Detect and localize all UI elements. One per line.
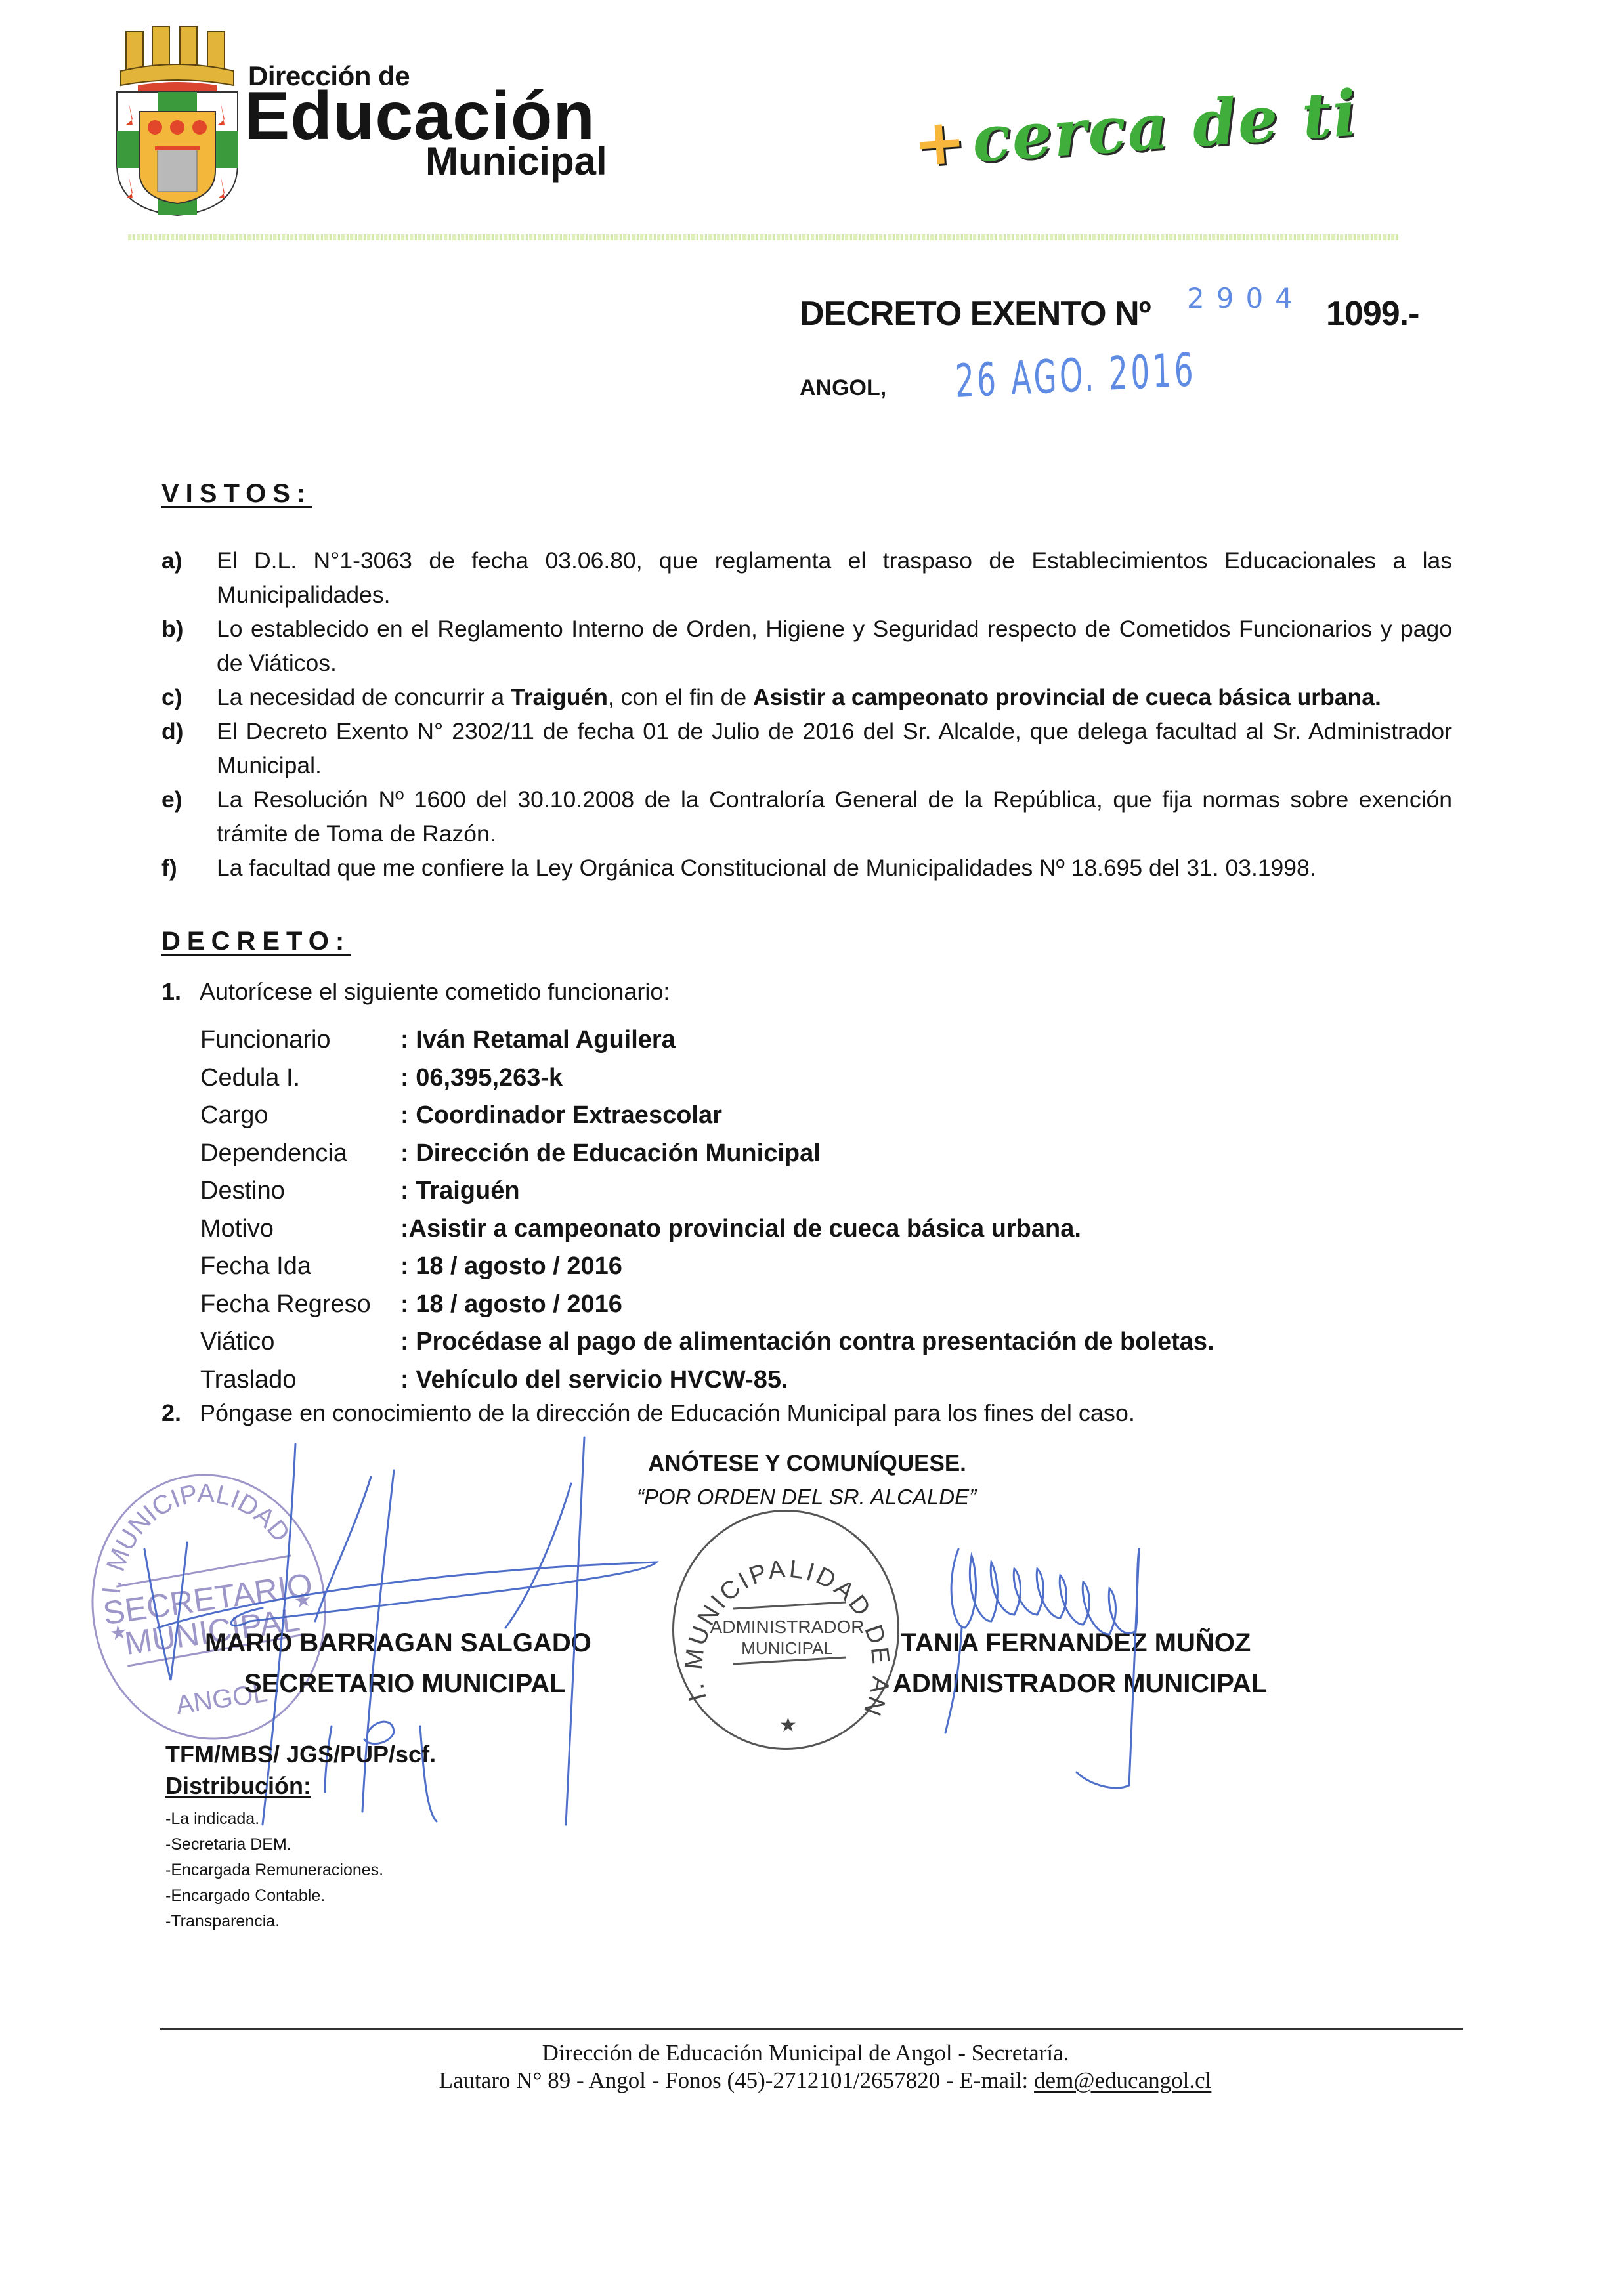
decree-title: DECRETO EXENTO Nº [800,294,1151,333]
decree-number-text: 1099.- [1326,295,1419,333]
secretary-seal: I. MUNICIPALIDAD SECRETARIO MUNICIPAL AN… [74,1458,343,1755]
clause-text: La necesidad de concurrir a Traiguén, co… [217,680,1452,714]
signatory-secretary: MARIO BARRAGAN SALGADO SECRETARIO MUNICI… [205,1623,591,1704]
footer-office: Dirección de Educación Municipal de Ango… [0,2040,1611,2066]
clause-text: El Decreto Exento N° 2302/11 de fecha 01… [217,714,1452,782]
clause-e: e) La Resolución Nº 1600 del 30.10.2008 … [161,782,1452,851]
field-value: : Iván Retamal Aguilera [400,1021,676,1059]
distribution-list: -La indicada. -Secretaria DEM. -Encargad… [165,1806,383,1934]
field-key: Motivo [200,1210,400,1248]
clause-label: c) [161,680,217,714]
commission-details: Funcionario: Iván Retamal Aguilera Cedul… [200,1021,1214,1399]
clause-b: b) Lo establecido en el Reglamento Inter… [161,612,1452,680]
clause-text: El D.L. N°1-3063 de fecha 03.06.80, que … [217,543,1452,612]
stamped-number: 2904 [1187,282,1304,314]
clause-f: f) La facultad que me confiere la Ley Or… [161,851,1452,885]
clause-text: La facultad que me confiere la Ley Orgán… [217,851,1452,885]
plus-icon: + [911,104,970,181]
field-value: : Vehículo del servicio HVCW-85. [400,1361,788,1399]
vistos-list: a) El D.L. N°1-3063 de fecha 03.06.80, q… [161,543,1452,885]
field-value: : Traiguén [400,1172,520,1210]
seal-icon: I. MUNICIPALIDAD SECRETARIO MUNICIPAL AN… [77,1461,341,1753]
distribution-heading: Distribución: [165,1772,311,1800]
field-funcionario: Funcionario: Iván Retamal Aguilera [200,1021,1214,1059]
field-key: Viático [200,1323,400,1361]
field-fecha-regreso: Fecha Regreso: 18 / agosto / 2016 [200,1286,1214,1324]
field-dependencia: Dependencia: Dirección de Educación Muni… [200,1135,1214,1173]
email-link[interactable]: dem@educangol.cl [1034,2068,1211,2093]
clause-label: b) [161,612,217,680]
clause-text: La Resolución Nº 1600 del 30.10.2008 de … [217,782,1452,851]
closing-formula: ANÓTESE Y COMUNÍQUESE. [648,1451,966,1477]
signatory-administrator: TANIA FERNANDEZ MUÑOZ ADMINISTRADOR MUNI… [893,1623,1267,1704]
by-order-of-mayor: “POR ORDEN DEL SR. ALCALDE” [637,1485,976,1510]
signatory-role: SECRETARIO MUNICIPAL [205,1663,591,1704]
item-text: Autorícese el siguiente cometido funcion… [200,978,670,1005]
clause-c: c) La necesidad de concurrir a Traiguén,… [161,680,1452,714]
item-number: 2. [161,1399,200,1427]
svg-text:★: ★ [293,1588,313,1612]
field-value: : 06,395,263-k [400,1059,563,1097]
distribution-item: -Secretaria DEM. [165,1832,383,1858]
decree-number: 1099.- [1326,294,1419,333]
signatory-role: ADMINISTRADOR MUNICIPAL [893,1663,1267,1704]
field-motivo: Motivo:Asistir a campeonato provincial d… [200,1210,1214,1248]
purpose-highlight: Asistir a campeonato provincial de cueca… [753,684,1381,710]
field-viatico: Viático: Procédase al pago de alimentaci… [200,1323,1214,1361]
destination-highlight: Traiguén [511,684,608,710]
clause-a: a) El D.L. N°1-3063 de fecha 03.06.80, q… [161,543,1452,612]
field-key: Traslado [200,1361,400,1399]
signatory-name: TANIA FERNANDEZ MUÑOZ [893,1623,1267,1663]
field-value: : 18 / agosto / 2016 [400,1286,622,1324]
decree-item-1: 1.Autorícese el siguiente cometido funci… [161,978,670,1006]
field-key: Fecha Ida [200,1248,400,1286]
clause-text-part: La necesidad de concurrir a [217,684,511,710]
decree-item-2: 2.Póngase en conocimiento de la direcció… [161,1399,1135,1427]
decreto-heading: DECRETO: [161,927,351,956]
place: ANGOL, [800,375,886,401]
footer-address: Lautaro N° 89 - Angol - Fonos (45)-27121… [439,2068,1034,2093]
distribution-item: -Encargado Contable. [165,1883,383,1909]
coat-of-arms-icon [112,20,243,217]
field-value: :Asistir a campeonato provincial de cuec… [400,1210,1081,1248]
field-value: : Coordinador Extraescolar [400,1097,722,1135]
field-fecha-ida: Fecha Ida: 18 / agosto / 2016 [200,1248,1214,1286]
field-key: Fecha Regreso [200,1286,400,1324]
field-key: Cedula I. [200,1059,400,1097]
distribution-item: -Encargada Remuneraciones. [165,1858,383,1883]
seal-icon: I. MUNICIPALIDAD DE ANGOL ADMINISTRADOR … [674,1512,897,1748]
stamped-date: 26 AGO. 2016 [955,343,1197,408]
field-destino: Destino: Traiguén [200,1172,1214,1210]
field-value: : Procédase al pago de alimentación cont… [400,1323,1214,1361]
clause-label: f) [161,851,217,885]
footer-contact: Lautaro N° 89 - Angol - Fonos (45)-27121… [0,2068,1611,2094]
distribution-item: -Transparencia. [165,1909,383,1934]
field-key: Funcionario [200,1021,400,1059]
administrator-seal: I. MUNICIPALIDAD DE ANGOL ADMINISTRADOR … [672,1510,899,1750]
field-value: : Dirección de Educación Municipal [400,1135,821,1173]
clause-label: d) [161,714,217,782]
clause-label: a) [161,543,217,612]
distribution-item: -La indicada. [165,1806,383,1832]
slogan: +cerca de ti [911,81,1360,175]
signatory-name: MARIO BARRAGAN SALGADO [205,1623,591,1663]
reference-initials: TFM/MBS/ JGS/PUP/scf. [165,1741,436,1768]
header-divider [128,234,1398,240]
field-cargo: Cargo: Coordinador Extraescolar [200,1097,1214,1135]
field-key: Dependencia [200,1135,400,1173]
field-key: Destino [200,1172,400,1210]
seal-text: ADMINISTRADOR [710,1617,865,1637]
slogan-text: cerca de ti [970,75,1360,177]
clause-d: d) El Decreto Exento N° 2302/11 de fecha… [161,714,1452,782]
clause-text: Lo establecido en el Reglamento Interno … [217,612,1452,680]
star-icon: ★ [779,1714,797,1736]
item-text: Póngase en conocimiento de la dirección … [200,1399,1135,1426]
field-key: Cargo [200,1097,400,1135]
footer-divider [160,2028,1463,2030]
field-cedula: Cedula I.: 06,395,263-k [200,1059,1214,1097]
item-number: 1. [161,978,200,1006]
field-value: : 18 / agosto / 2016 [400,1248,622,1286]
clause-text-part: , con el fin de [608,684,753,710]
vistos-heading: VISTOS: [161,479,312,509]
seal-text: MUNICIPAL [741,1638,833,1658]
field-traslado: Traslado: Vehículo del servicio HVCW-85. [200,1361,1214,1399]
logo-municipal: Municipal [425,142,607,181]
svg-text:★: ★ [108,1621,129,1645]
clause-label: e) [161,782,217,851]
